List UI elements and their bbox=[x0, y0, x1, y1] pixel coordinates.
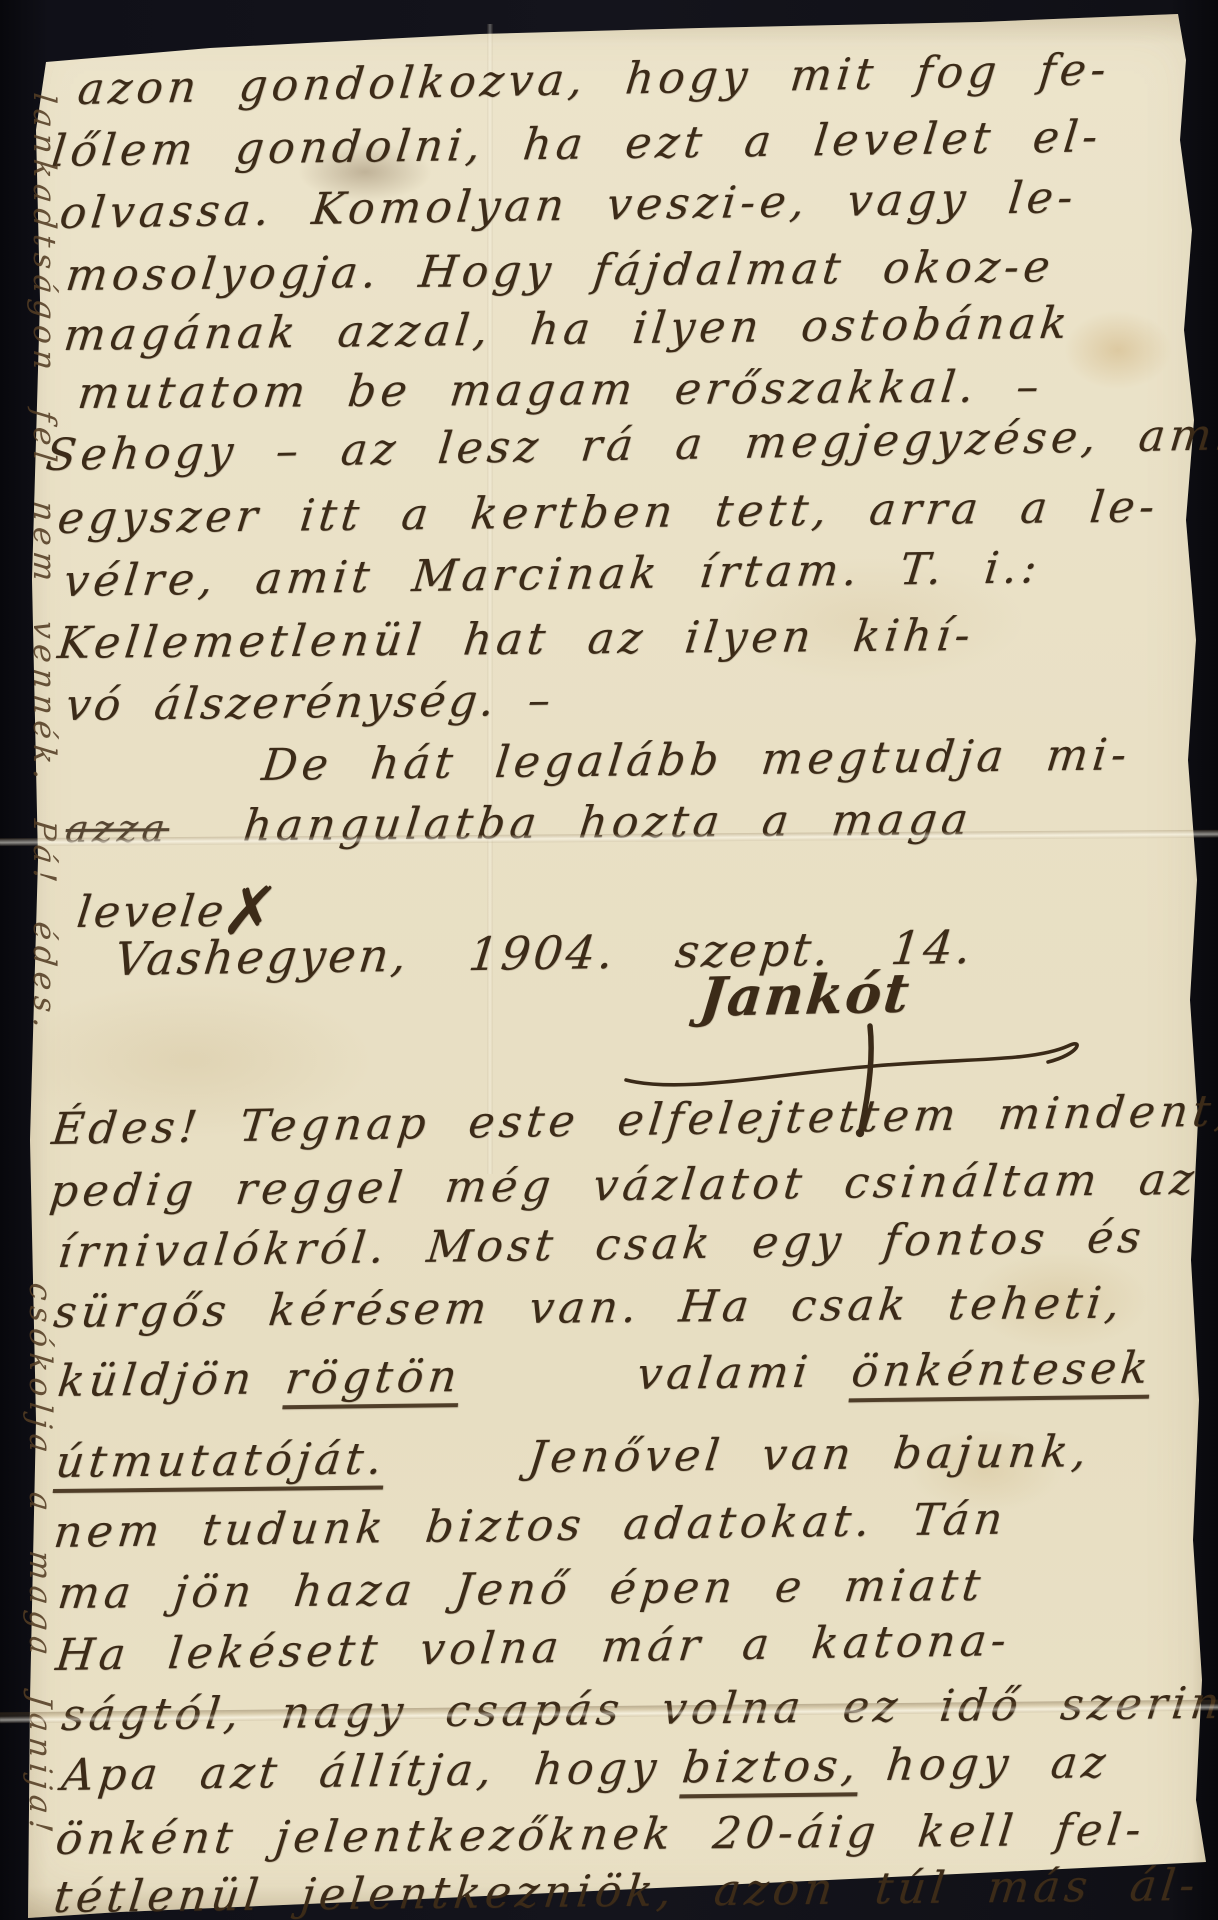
handwriting-layer: azon gondolkozva, hogy mit fog fe- lőlem… bbox=[0, 0, 1218, 1920]
line-text: Jenővel van bajunk, bbox=[526, 1430, 1093, 1480]
line-text: lőlem gondolni, ha ezt a levelet el- bbox=[50, 115, 1104, 174]
letter-line: sürgős kérésem van. Ha csak teheti, bbox=[51, 1282, 1126, 1335]
letter-line: ságtól, nagy csapás volna ez idő szerint bbox=[60, 1682, 1218, 1738]
letter-line: nem tudunk biztos adatokat. Tán bbox=[52, 1498, 1009, 1555]
letter-line: pedig reggel még vázlatot csináltam az bbox=[48, 1158, 1201, 1214]
letter-line: lőlem gondolni, ha ezt a levelet el- bbox=[50, 115, 1104, 174]
line-text: Sehogy – az lesz rá a megjegyzése, amit bbox=[44, 413, 1218, 478]
line-text: hangulatba hozta a maga bbox=[241, 798, 975, 848]
signature: Jankót bbox=[697, 966, 913, 1024]
letter-line: Apa azt állítja, hogybiztos,hogy az bbox=[60, 1741, 1112, 1798]
letter-line: vélre, amit Marcinak írtam. T. i.: bbox=[62, 546, 1044, 604]
margin-note-top: lankadtságon fel nem vennék. Pá! édes. bbox=[26, 91, 62, 1036]
letter-scan: azon gondolkozva, hogy mit fog fe- lőlem… bbox=[0, 0, 1218, 1920]
letter-line: ma jön haza Jenő épen e miatt bbox=[55, 1564, 986, 1616]
line-text: olvassa. Komolyan veszi-e, vagy le- bbox=[58, 176, 1080, 236]
line-text: egyszer itt a kertben tett, arra a le- bbox=[56, 485, 1162, 541]
letter-line: Sehogy – az lesz rá a megjegyzése, amit bbox=[44, 413, 1218, 478]
margin-note-bottom: csókolja a maga Janija! bbox=[22, 1281, 58, 1840]
line-text: magának azzal, ha ilyen ostobának bbox=[62, 302, 1074, 358]
letter-line: levele✗ bbox=[74, 871, 286, 938]
underlined-word: biztos, bbox=[680, 1744, 863, 1790]
letter-line: magának azzal, ha ilyen ostobának bbox=[62, 302, 1074, 358]
line-text: levele bbox=[75, 890, 229, 935]
letter-line: Ha lekésett volna már a katona- bbox=[54, 1619, 1013, 1678]
line-text: pedig reggel még vázlatot csináltam az bbox=[48, 1158, 1201, 1214]
line-text: azon gondolkozva, hogy mit fog fe- bbox=[76, 48, 1113, 112]
letter-line: vó álszerénység. – bbox=[64, 679, 556, 728]
line-text: hogy az bbox=[884, 1741, 1112, 1788]
underlined-word: útmutatóját. bbox=[54, 1438, 389, 1485]
line-text: sürgős kérésem van. Ha csak teheti, bbox=[51, 1282, 1126, 1335]
letter-line: azzahangulatba hozta a maga bbox=[63, 798, 974, 850]
line-text: mutatom be magam erőszakkal. – bbox=[75, 365, 1045, 416]
letter-line: olvassa. Komolyan veszi-e, vagy le- bbox=[58, 176, 1080, 236]
line-text: vó álszerénység. – bbox=[64, 679, 556, 728]
letter-line: útmutatóját.Jenővel van bajunk, bbox=[54, 1430, 1094, 1485]
signature-text: Jankót bbox=[697, 966, 913, 1024]
underlined-word: önkéntesek bbox=[849, 1347, 1154, 1395]
line-text: küldjön bbox=[56, 1358, 258, 1404]
line-text: Kellemetlenül hat az ilyen kihí- bbox=[55, 614, 976, 666]
line-text: írnivalókról. Most csak egy fontos és bbox=[56, 1216, 1148, 1275]
line-text: tétlenül jelentkezniök, azon túl más ál- bbox=[52, 1864, 1202, 1920]
letter-line: mutatom be magam erőszakkal. – bbox=[75, 365, 1045, 416]
underlined-word: rögtön bbox=[283, 1355, 463, 1401]
line-text: önként jelentkezőknek 20-áig kell fel- bbox=[53, 1809, 1147, 1862]
letter-line: Édes! Tegnap este elfelejtettem mindent, bbox=[50, 1089, 1218, 1152]
line-text: Édes! Tegnap este elfelejtettem mindent, bbox=[50, 1089, 1218, 1152]
letter-line: azon gondolkozva, hogy mit fog fe- bbox=[76, 48, 1113, 112]
line-text: De hát legalább megtudja mi- bbox=[260, 733, 1133, 788]
letter-line: De hát legalább megtudja mi- bbox=[260, 733, 1133, 788]
letter-line: tétlenül jelentkezniök, azon túl más ál- bbox=[52, 1864, 1202, 1920]
line-text: vélre, amit Marcinak írtam. T. i.: bbox=[62, 546, 1044, 604]
line-text: Ha lekésett volna már a katona- bbox=[54, 1619, 1013, 1678]
letter-line: önként jelentkezőknek 20-áig kell fel- bbox=[53, 1809, 1147, 1862]
line-text: mosolyogja. Hogy fájdalmat okoz-e bbox=[63, 245, 1056, 298]
letter-line: mosolyogja. Hogy fájdalmat okoz-e bbox=[63, 245, 1056, 298]
line-text: ma jön haza Jenő épen e miatt bbox=[55, 1564, 986, 1616]
line-text: Apa azt állítja, hogy bbox=[60, 1747, 663, 1798]
letter-line: Kellemetlenül hat az ilyen kihí- bbox=[55, 614, 976, 666]
line-text: valami bbox=[635, 1351, 814, 1397]
letter-line: írnivalókról. Most csak egy fontos és bbox=[56, 1216, 1148, 1275]
letter-line: küldjönrögtönvalamiönkéntesek bbox=[56, 1347, 1155, 1404]
line-text: nem tudunk biztos adatokat. Tán bbox=[52, 1498, 1009, 1555]
line-text: ságtól, nagy csapás volna ez idő szerint bbox=[60, 1682, 1218, 1738]
struck-word: azza bbox=[64, 809, 172, 848]
letter-line: egyszer itt a kertben tett, arra a le- bbox=[56, 485, 1162, 541]
